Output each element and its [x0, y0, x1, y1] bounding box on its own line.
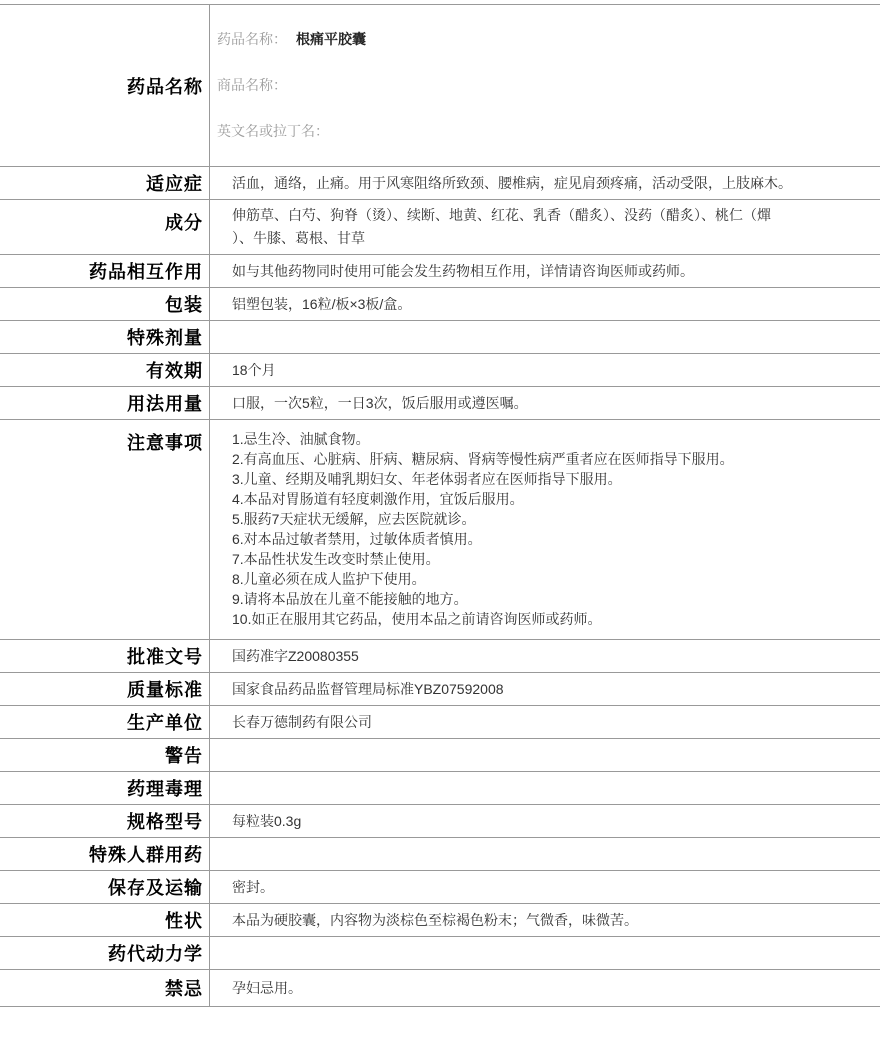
row-value [210, 937, 880, 970]
row-label: 注意事项 [0, 420, 210, 640]
drug-name-value: 根痛平胶囊 [296, 31, 366, 47]
row-indications: 适应症 活血，通络，止痛。用于风寒阻络所致颈、腰椎病，症见肩颈疼痛，活动受限，上… [0, 167, 880, 200]
row-value [210, 321, 880, 354]
row-label: 规格型号 [0, 805, 210, 838]
drug-info-sheet: 药品名称 药品名称：根痛平胶囊 商品名称： 英文名或拉丁名： 适应症 活血，通络… [0, 0, 880, 1007]
drug-name-line: 药品名称：根痛平胶囊 [217, 28, 868, 51]
row-label: 特殊人群用药 [0, 838, 210, 871]
row-value: 伸筋草、白芍、狗脊（烫）、续断、地黄、红花、乳香（醋炙）、没药（醋炙）、桃仁（燀… [210, 200, 880, 255]
row-value: 国药准字Z20080355 [210, 640, 880, 673]
row-specification: 规格型号 每粒装0.3g [0, 805, 880, 838]
row-label: 保存及运输 [0, 871, 210, 904]
row-warning: 警告 [0, 739, 880, 772]
row-label: 性状 [0, 904, 210, 937]
row-value [210, 739, 880, 772]
row-precautions: 注意事项 1.忌生冷、油腻食物。 2.有高血压、心脏病、肝病、糖尿病、肾病等慢性… [0, 420, 880, 640]
row-value: 长春万德制药有限公司 [210, 706, 880, 739]
trade-name-line: 商品名称： [217, 74, 868, 97]
drug-info-table: 药品名称 药品名称：根痛平胶囊 商品名称： 英文名或拉丁名： 适应症 活血，通络… [0, 4, 880, 1007]
row-dosage-usage: 用法用量 口服，一次5粒，一日3次，饭后服用或遵医嘱。 [0, 387, 880, 420]
row-value: 如与其他药物同时使用可能会发生药物相互作用，详情请咨询医师或药师。 [210, 255, 880, 288]
drug-name-key: 药品名称： [217, 31, 287, 47]
row-label: 生产单位 [0, 706, 210, 739]
row-interactions: 药品相互作用 如与其他药物同时使用可能会发生药物相互作用，详情请咨询医师或药师。 [0, 255, 880, 288]
row-value: 口服，一次5粒，一日3次，饭后服用或遵医嘱。 [210, 387, 880, 420]
row-label: 适应症 [0, 167, 210, 200]
row-value: 每粒装0.3g [210, 805, 880, 838]
row-value: 密封。 [210, 871, 880, 904]
row-properties: 性状 本品为硬胶囊，内容物为淡棕色至棕褐色粉末；气微香，味微苦。 [0, 904, 880, 937]
row-ingredients: 成分 伸筋草、白芍、狗脊（烫）、续断、地黄、红花、乳香（醋炙）、没药（醋炙）、桃… [0, 200, 880, 255]
row-special-populations: 特殊人群用药 [0, 838, 880, 871]
row-label: 禁忌 [0, 970, 210, 1007]
row-label: 批准文号 [0, 640, 210, 673]
row-label: 包装 [0, 288, 210, 321]
row-value: 孕妇忌用。 [210, 970, 880, 1007]
row-value: 国家食品药品监督管理局标准YBZ07592008 [210, 673, 880, 706]
row-value: 铝塑包装，16粒/板×3板/盒。 [210, 288, 880, 321]
row-storage-transport: 保存及运输 密封。 [0, 871, 880, 904]
row-value [210, 772, 880, 805]
row-pharmacology-toxicology: 药理毒理 [0, 772, 880, 805]
row-label: 药理毒理 [0, 772, 210, 805]
row-value [210, 838, 880, 871]
row-pharmacokinetics: 药代动力学 [0, 937, 880, 970]
row-approval-number: 批准文号 国药准字Z20080355 [0, 640, 880, 673]
row-quality-standard: 质量标准 国家食品药品监督管理局标准YBZ07592008 [0, 673, 880, 706]
row-drug-name: 药品名称 药品名称：根痛平胶囊 商品名称： 英文名或拉丁名： [0, 5, 880, 167]
row-packaging: 包装 铝塑包装，16粒/板×3板/盒。 [0, 288, 880, 321]
row-label: 药代动力学 [0, 937, 210, 970]
row-manufacturer: 生产单位 长春万德制药有限公司 [0, 706, 880, 739]
latin-name-key: 英文名或拉丁名： [217, 123, 329, 139]
row-special-dosage: 特殊剂量 [0, 321, 880, 354]
drug-name-cell: 药品名称：根痛平胶囊 商品名称： 英文名或拉丁名： [210, 5, 880, 167]
latin-name-line: 英文名或拉丁名： [217, 120, 868, 143]
row-label: 有效期 [0, 354, 210, 387]
precautions-list: 1.忌生冷、油腻食物。 2.有高血压、心脏病、肝病、糖尿病、肾病等慢性病严重者应… [210, 420, 880, 640]
trade-name-key: 商品名称： [217, 77, 287, 93]
row-label: 药品相互作用 [0, 255, 210, 288]
row-value: 18个月 [210, 354, 880, 387]
row-label: 警告 [0, 739, 210, 772]
row-value: 活血，通络，止痛。用于风寒阻络所致颈、腰椎病，症见肩颈疼痛，活动受限，上肢麻木。 [210, 167, 880, 200]
row-label: 质量标准 [0, 673, 210, 706]
row-label: 成分 [0, 200, 210, 255]
row-label: 药品名称 [0, 5, 210, 167]
row-label: 用法用量 [0, 387, 210, 420]
row-label: 特殊剂量 [0, 321, 210, 354]
row-contraindications: 禁忌 孕妇忌用。 [0, 970, 880, 1007]
row-value: 本品为硬胶囊，内容物为淡棕色至棕褐色粉末；气微香，味微苦。 [210, 904, 880, 937]
row-shelf-life: 有效期 18个月 [0, 354, 880, 387]
